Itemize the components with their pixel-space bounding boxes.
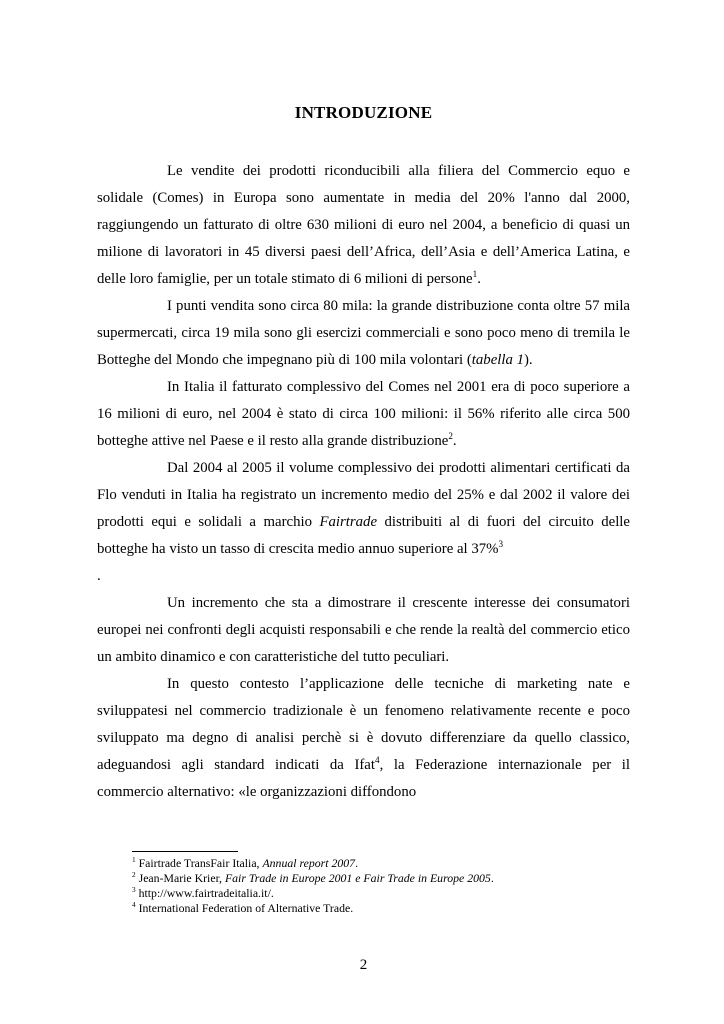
text-run: Jean-Marie Krier, — [136, 871, 225, 885]
text-run: . — [491, 871, 494, 885]
text-run: http://www.fairtradeitalia.it/. — [136, 886, 274, 900]
paragraph: Le vendite dei prodotti riconducibili al… — [97, 158, 630, 293]
paragraph: In Italia il fatturato complessivo del C… — [97, 374, 630, 455]
text-run: ). — [524, 352, 533, 368]
text-run: Un incremento che sta a dimostrare il cr… — [97, 595, 630, 665]
paragraph: I punti vendita sono circa 80 mila: la g… — [97, 293, 630, 374]
text-run: Fairtrade TransFair Italia, — [136, 856, 263, 870]
document-page: INTRODUZIONE Le vendite dei prodotti ric… — [0, 0, 724, 1024]
footnotes: 1 Fairtrade TransFair Italia, Annual rep… — [132, 851, 630, 916]
text-run: In Italia il fatturato complessivo del C… — [97, 379, 630, 449]
footnote-separator — [132, 851, 238, 852]
text-run: . — [355, 856, 358, 870]
paragraph: Un incremento che sta a dimostrare il cr… — [97, 590, 630, 671]
body-text: Le vendite dei prodotti riconducibili al… — [97, 158, 630, 806]
page-number: 2 — [97, 957, 630, 974]
superscript-ref: 3 — [498, 539, 503, 549]
text-run: Le vendite dei prodotti riconducibili al… — [97, 163, 630, 287]
footnote: 3 http://www.fairtradeitalia.it/. — [132, 886, 630, 901]
text-run: I punti vendita sono circa 80 mila: la g… — [97, 298, 630, 368]
text-run: Fair Trade in Europe 2001 e Fair Trade i… — [225, 871, 491, 885]
footnotes-list: 1 Fairtrade TransFair Italia, Annual rep… — [132, 856, 630, 916]
footnote: 1 Fairtrade TransFair Italia, Annual rep… — [132, 856, 630, 871]
text-run: tabella 1 — [472, 352, 524, 368]
text-run: . — [453, 433, 457, 449]
paragraph: In questo contesto l’applicazione delle … — [97, 671, 630, 806]
text-run: . — [477, 271, 481, 287]
text-run: Annual report 2007 — [262, 856, 355, 870]
footnote: 2 Jean-Marie Krier, Fair Trade in Europe… — [132, 871, 630, 886]
page-title: INTRODUZIONE — [97, 0, 630, 123]
text-run: . — [97, 568, 101, 584]
paragraph: Dal 2004 al 2005 il volume complessivo d… — [97, 455, 630, 590]
text-run: International Federation of Alternative … — [136, 901, 354, 915]
text-block: INTRODUZIONE Le vendite dei prodotti ric… — [97, 0, 630, 806]
footnote: 4 International Federation of Alternativ… — [132, 901, 630, 916]
text-run: Fairtrade — [319, 514, 377, 530]
